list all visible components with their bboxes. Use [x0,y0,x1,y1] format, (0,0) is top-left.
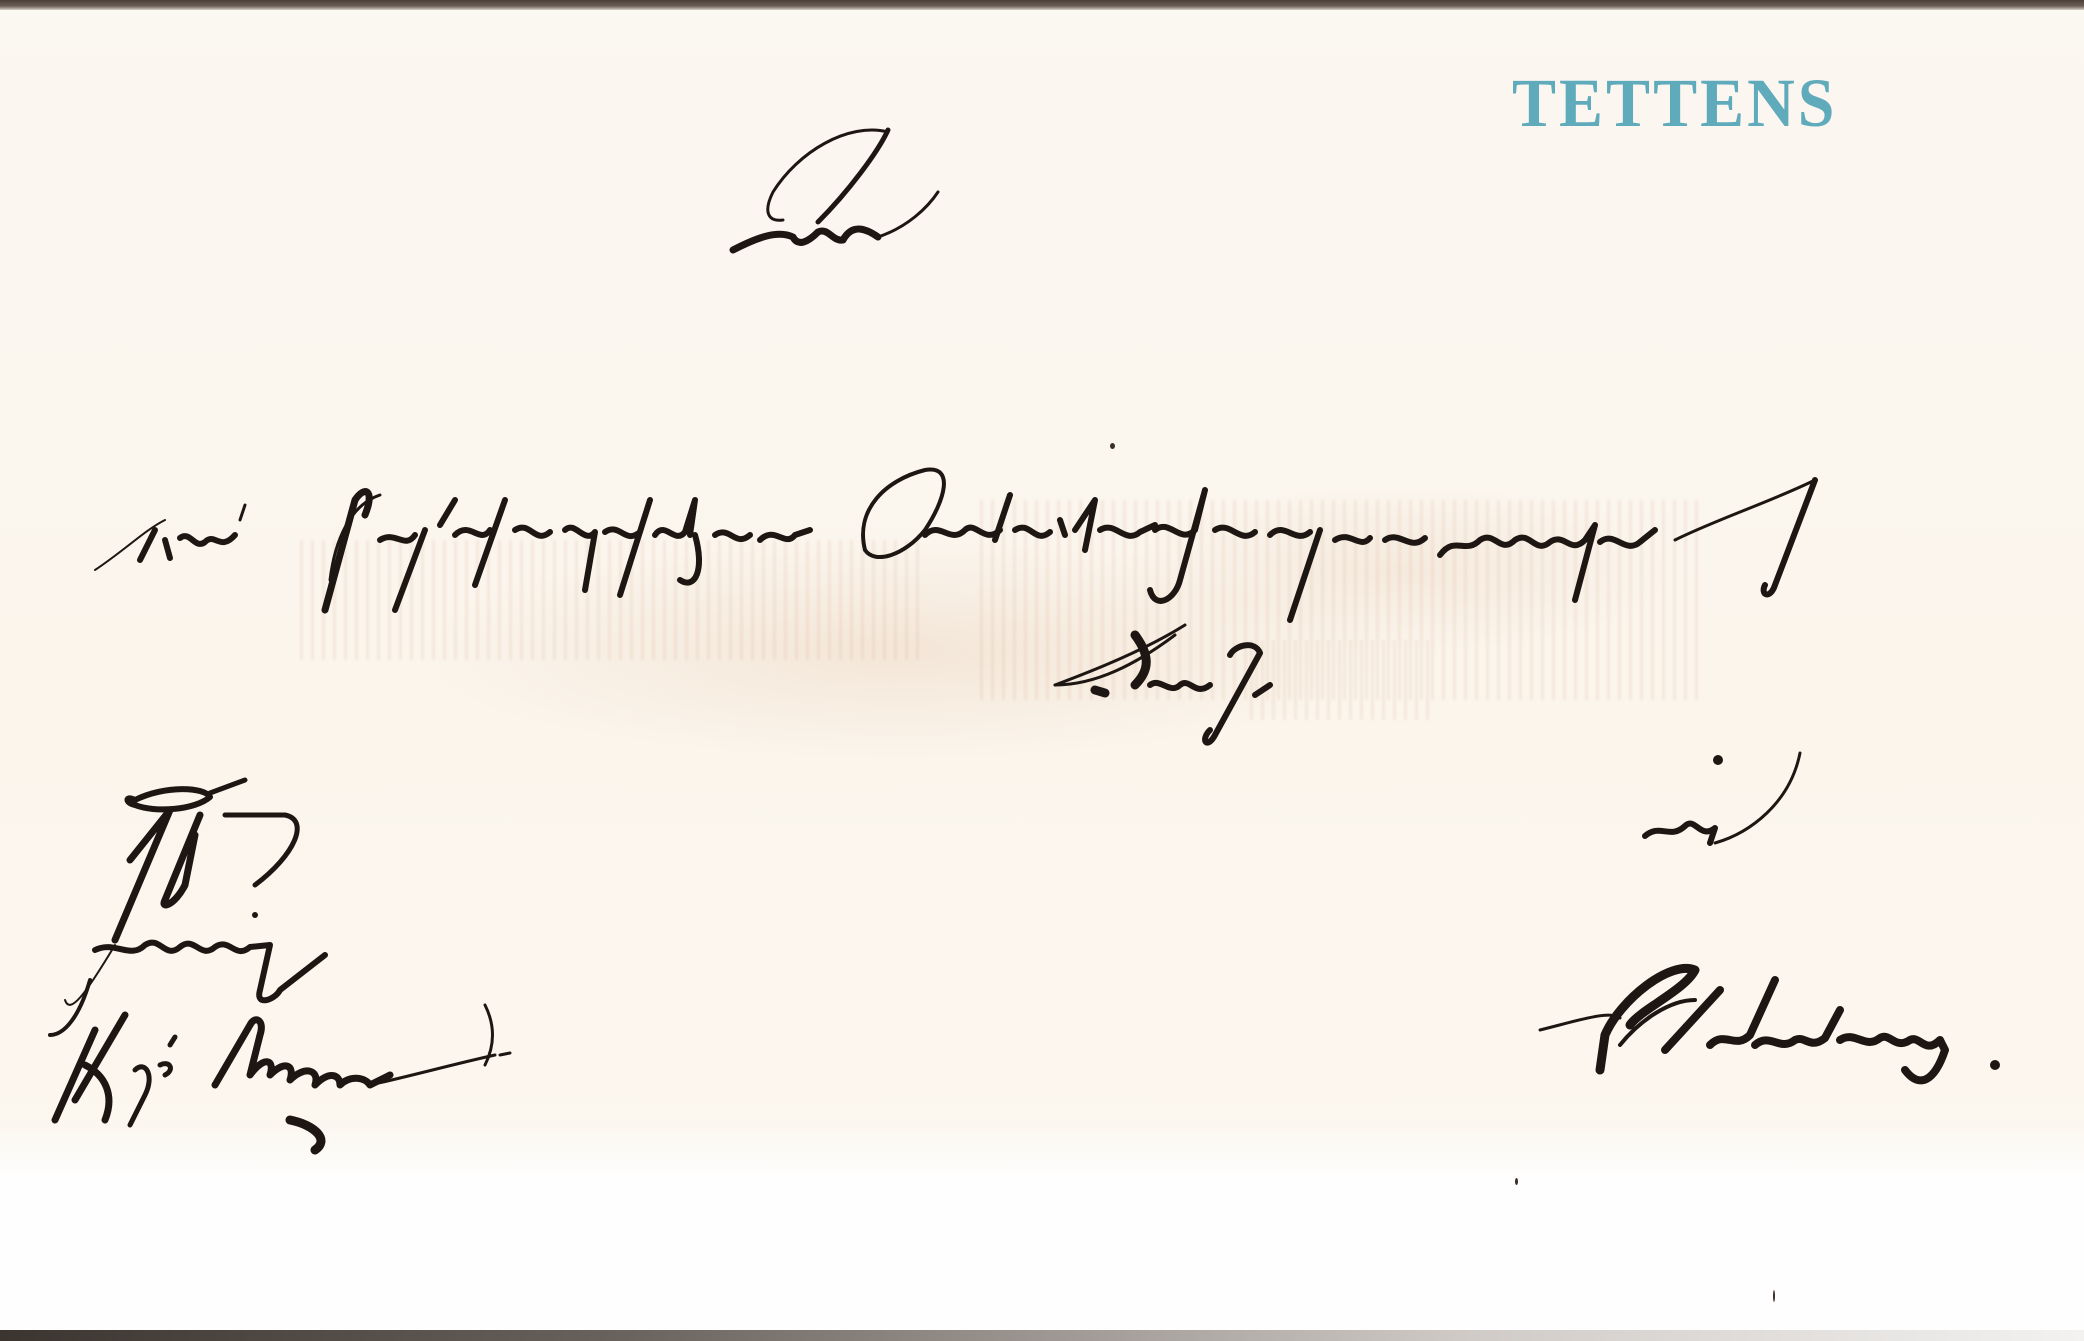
handwriting-sender-note: Pfarr-Sache Gemeinde Hs zu Midoge [25,775,525,1150]
handwriting-strokes [95,460,2035,620]
handwriting-salutation: Dem [728,112,938,252]
paper-speck [1515,1178,1518,1185]
paper-speck [1773,1290,1775,1302]
postmark-tettens: TETTENS [1512,66,1912,142]
handwriting-preposition: in [1640,748,1810,843]
paper-speck [1110,443,1115,449]
handwriting-strokes [728,112,938,252]
handwriting-strokes [1640,748,1810,843]
handwriting-address-line-1: den Großherzoglichen Oberkirchenraths-Re… [95,460,2035,620]
handwriting-strokes [1540,940,2000,1110]
scanned-envelope: TETTENS Dem [0,0,2084,1341]
handwriting-city: Oldenburg. [1540,940,2000,1110]
handwriting-strokes [25,775,525,1150]
top-paper-edge [0,0,2084,10]
handwriting-strokes [1035,615,1285,750]
bottom-paper-edge [0,1330,2084,1341]
handwriting-address-line-2: Dienst [1035,615,1285,750]
